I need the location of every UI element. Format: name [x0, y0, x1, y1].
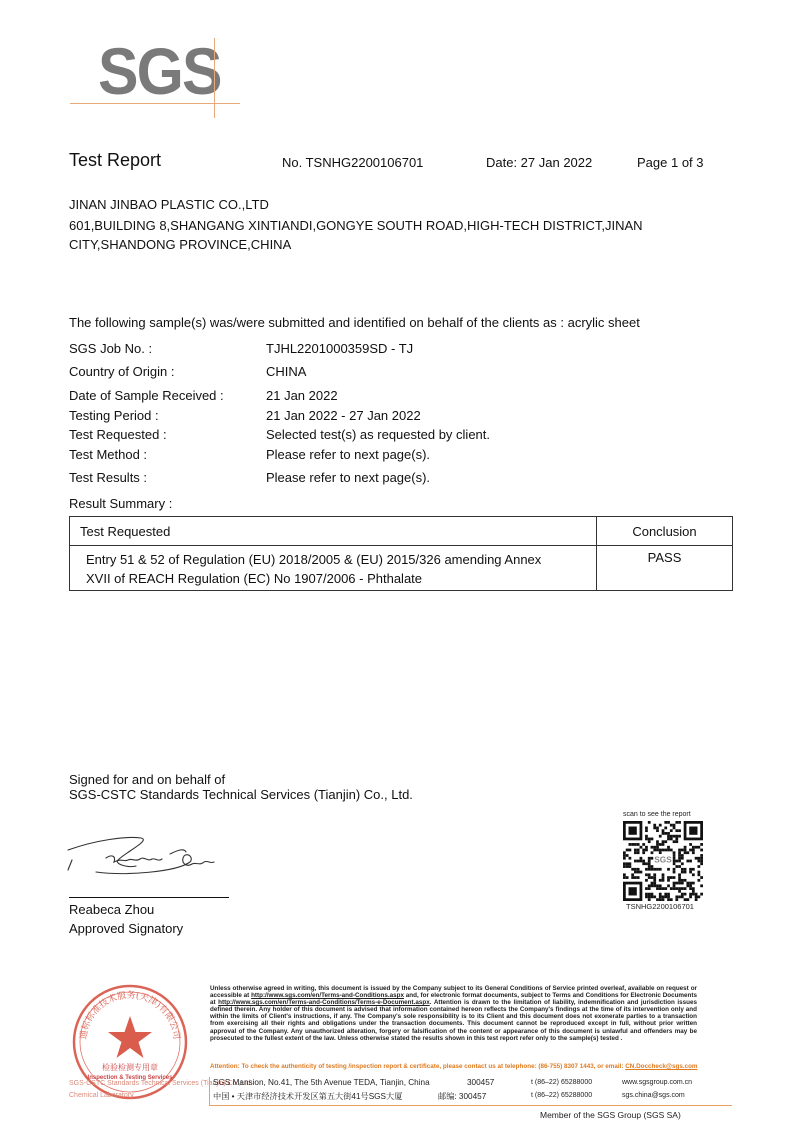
disclaimer-text-post: . Attention is drawn to the limitation o…: [210, 999, 697, 1041]
conclusion-cell: PASS: [597, 546, 733, 591]
field-value-test-results: Please refer to next page(s).: [266, 470, 430, 485]
table-header-row: Test Requested Conclusion: [70, 517, 733, 546]
svg-text:SGS: SGS: [654, 855, 672, 864]
column-header-test-requested: Test Requested: [70, 517, 597, 546]
sample-intro: The following sample(s) was/were submitt…: [69, 315, 640, 330]
address-english: SGS Mansion, No.41, The 5th Avenue TEDA,…: [213, 1078, 430, 1087]
qr-report-id: TSNHG2200106701: [626, 902, 694, 911]
field-value-testing-period: 21 Jan 2022 - 27 Jan 2022: [266, 408, 421, 423]
field-label-test-requested: Test Requested :: [69, 427, 167, 442]
client-address-line1: 601,BUILDING 8,SHANGANG XINTIANDI,GONGYE…: [69, 216, 643, 235]
field-label-origin: Country of Origin :: [69, 364, 175, 379]
field-label-test-method: Test Method :: [69, 447, 147, 462]
zip-english: 300457: [467, 1078, 494, 1087]
field-label-test-results: Test Results :: [69, 470, 147, 485]
terms-link[interactable]: http://www.sgs.com/en/Terms-and-Conditio…: [251, 992, 404, 999]
qr-code-icon[interactable]: SGS: [623, 821, 703, 901]
website-link[interactable]: www.sgsgroup.com.cn: [622, 1079, 692, 1086]
doccheck-email-link[interactable]: CN.Doccheck@sgs.com: [625, 1063, 697, 1070]
field-value-test-method: Please refer to next page(s).: [266, 447, 430, 462]
qr-caption: scan to see the report: [623, 811, 691, 818]
stamp-caption-line2: Chemical Laboratory: [69, 1092, 134, 1099]
client-name: JINAN JINBAO PLASTIC CO.,LTD: [69, 195, 269, 214]
page-indicator: Page 1 of 3: [637, 155, 704, 170]
sgs-logo: SGS: [98, 38, 221, 104]
test-requested-cell: Entry 51 & 52 of Regulation (EU) 2018/20…: [70, 546, 597, 591]
signed-line1: Signed for and on behalf of: [69, 772, 413, 787]
attention-text: Attention: To check the authenticity of …: [210, 1063, 625, 1070]
signed-line2: SGS-CSTC Standards Technical Services (T…: [69, 787, 413, 802]
report-date: Date: 27 Jan 2022: [486, 155, 592, 170]
report-title: Test Report: [69, 150, 161, 171]
test-requested-line1: Entry 51 & 52 of Regulation (EU) 2018/20…: [86, 550, 586, 569]
telephone-2: t (86–22) 65288000: [531, 1092, 592, 1099]
field-value-received: 21 Jan 2022: [266, 388, 338, 403]
result-summary-label: Result Summary :: [69, 496, 172, 511]
email-link[interactable]: sgs.china@sgs.com: [622, 1092, 685, 1099]
result-summary-table: Test Requested Conclusion Entry 51 & 52 …: [69, 516, 733, 591]
signature-line: [69, 897, 229, 898]
zip-chinese: 邮编: 300457: [438, 1091, 486, 1102]
handwritten-signature: [66, 832, 226, 882]
field-label-job-no: SGS Job No. :: [69, 341, 152, 356]
field-label-testing-period: Testing Period :: [69, 408, 159, 423]
signed-on-behalf: Signed for and on behalf of SGS-CSTC Sta…: [69, 772, 413, 802]
footer-rule: [209, 1105, 732, 1106]
address-chinese: 中国 • 天津市经济技术开发区第五大街41号SGS大厦: [213, 1091, 402, 1102]
field-value-job-no: TJHL2201000359SD - TJ: [266, 341, 413, 356]
legal-disclaimer: Unless otherwise agreed in writing, this…: [210, 985, 697, 1042]
telephone-1: t (86–22) 65288000: [531, 1079, 592, 1086]
column-header-conclusion: Conclusion: [597, 517, 733, 546]
e-document-terms-link[interactable]: http://www.sgs.com/en/Terms-and-Conditio…: [218, 999, 430, 1006]
test-requested-line2: XVII of REACH Regulation (EC) No 1907/20…: [86, 569, 586, 588]
company-seal-icon: 检验检测专用章 Inspection & Testing Services 通标…: [66, 982, 194, 1110]
report-number: No. TSNHG2200106701: [282, 155, 423, 170]
table-row: Entry 51 & 52 of Regulation (EU) 2018/20…: [70, 546, 733, 591]
field-label-received: Date of Sample Received :: [69, 388, 224, 403]
client-address-line2: CITY,SHANDONG PROVINCE,CHINA: [69, 235, 291, 254]
signatory-role: Approved Signatory: [69, 921, 183, 936]
seal-cn-text: 检验检测专用章: [102, 1062, 158, 1072]
field-value-test-requested: Selected test(s) as requested by client.: [266, 427, 490, 442]
address-divider: [209, 1077, 210, 1105]
logo-vertical-rule: [214, 38, 215, 118]
member-statement: Member of the SGS Group (SGS SA): [540, 1110, 681, 1120]
authenticity-notice: Attention: To check the authenticity of …: [210, 1063, 700, 1070]
field-value-origin: CHINA: [266, 364, 306, 379]
signatory-name: Reabeca Zhou: [69, 902, 154, 917]
